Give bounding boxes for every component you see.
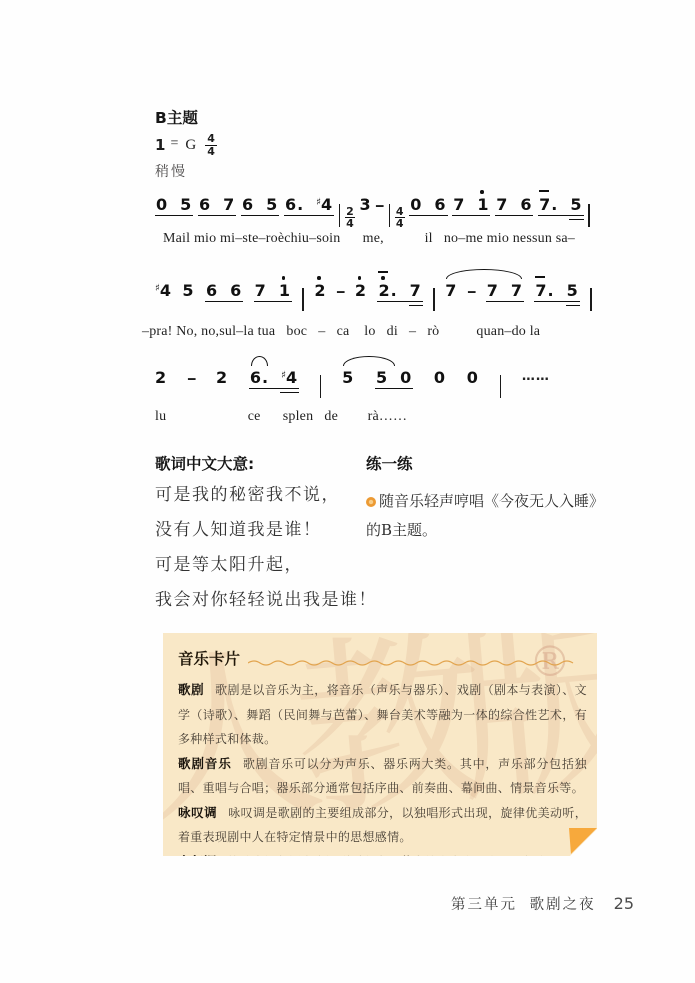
note: 6: [520, 197, 532, 213]
beam-group: 7.5: [538, 197, 583, 216]
practice-item: 随音乐轻声哼唱《今夜无人入睡》的B主题。: [366, 487, 614, 545]
note: 3: [360, 197, 372, 213]
beam-group: 66: [205, 283, 243, 302]
sharp-icon: ♯: [316, 197, 321, 208]
practice-title: 练一练: [366, 452, 614, 474]
beam-group: 76: [495, 197, 533, 216]
note: ♯4: [155, 283, 172, 299]
beam-group: 6.♯4: [249, 370, 299, 389]
wavy-divider: [248, 659, 585, 667]
beam-group: 65: [241, 197, 279, 216]
note: 7: [496, 197, 508, 213]
music-card-title: 音乐卡片: [178, 647, 240, 669]
note: 7: [223, 197, 235, 213]
note: 0: [434, 370, 446, 386]
chinese-lyric-line: 没有人知道我是谁！: [155, 521, 380, 540]
tie-line-icon: [539, 190, 549, 192]
orange-bullet-icon: [366, 497, 376, 507]
lyrics-line-1: Mail mio mi–ste–roèchiu–soin me, il no–m…: [163, 231, 575, 247]
octave-dot-icon: [480, 190, 484, 194]
note: 6: [206, 283, 218, 299]
folded-corner: [569, 828, 597, 854]
note: 6: [199, 197, 211, 213]
note: 7: [255, 283, 267, 299]
beam-group: 71: [254, 283, 292, 302]
chapter-label: 第三单元 歌剧之夜: [451, 893, 596, 914]
card-entry: 歌剧歌剧是以音乐为主，将音乐（声乐与器乐）、戏剧（剧本与表演）、文学（诗歌）、舞…: [178, 678, 587, 752]
chinese-lyric-line: 可是等太阳升起，: [155, 556, 380, 575]
tie-line-icon: [378, 271, 388, 273]
card-entry: 宣叙调旋律音调与语言音调联系紧密，节奏较为自由，多用于叙事。: [178, 850, 587, 875]
chinese-lyric-line: 我会对你轻轻说出我是谁！: [155, 591, 380, 610]
key-tonic: 1: [155, 136, 165, 154]
beam-group: 67: [198, 197, 236, 216]
beam-group: 50: [375, 370, 413, 389]
note: 0: [400, 370, 412, 386]
note: 5: [342, 370, 354, 386]
card-entry-term: 歌剧: [178, 682, 204, 697]
barline: [588, 204, 590, 227]
card-entry-text: 歌剧音乐可以分为声乐、器乐两大类。其中，声乐部分包括独唱、重唱与合唱；器乐部分通…: [178, 757, 587, 796]
note: 2: [314, 283, 326, 299]
tempo-marking: 稍慢: [155, 161, 187, 181]
beam-group: 71: [452, 197, 490, 216]
note: ♯4: [316, 197, 333, 213]
octave-dot-icon: [358, 276, 362, 280]
note: 5: [180, 197, 192, 213]
note: 7: [445, 283, 457, 299]
barline: [590, 288, 592, 311]
sharp-icon: ♯: [281, 370, 286, 381]
barline: [302, 288, 304, 311]
chinese-lyrics-title: 歌词中文大意:: [155, 452, 380, 474]
jianpu-line-1: 0567656.♯4243–440671767.5: [155, 196, 590, 223]
section-title: B主题: [155, 106, 198, 128]
dash-note: –: [375, 196, 385, 214]
card-entry-term: 宣叙调: [178, 854, 217, 869]
sharp-icon: ♯: [155, 283, 160, 294]
note: 0: [467, 370, 479, 386]
note: 2: [216, 370, 228, 386]
chinese-lyrics-block: 歌词中文大意: 可是我的秘密我不说，没有人知道我是谁！可是等太阳升起，我会对你轻…: [155, 452, 380, 626]
note: 7: [511, 283, 523, 299]
chinese-lyrics-lines: 可是我的秘密我不说，没有人知道我是谁！可是等太阳升起，我会对你轻轻说出我是谁！: [155, 486, 380, 610]
beam-group: 06: [409, 197, 447, 216]
barline: [433, 288, 435, 311]
note: 0: [410, 197, 422, 213]
card-entry-term: 歌剧音乐: [178, 756, 232, 771]
textbook-page: B主题 1 = G 4 4 稍慢 0567656.♯4243–440671767…: [0, 0, 695, 983]
barline: [389, 204, 391, 227]
note: 6: [242, 197, 254, 213]
barline: [320, 375, 322, 398]
note: 1: [279, 283, 291, 299]
key-note: G: [185, 137, 196, 154]
card-entry-text: 歌剧是以音乐为主，将音乐（声乐与器乐）、戏剧（剧本与表演）、文学（诗歌）、舞蹈（…: [178, 683, 587, 746]
continuation-dots: ……: [522, 369, 550, 384]
barline: [500, 375, 502, 398]
octave-dot-icon: [317, 276, 321, 280]
card-entry: 咏叹调咏叹调是歌剧的主要组成部分，以独唱形式出现，旋律优美动听，着重表现剧中人在…: [178, 801, 587, 850]
note: 5: [266, 197, 278, 213]
note: 2: [355, 283, 367, 299]
music-card-entries: 歌剧歌剧是以音乐为主，将音乐（声乐与器乐）、戏剧（剧本与表演）、文学（诗歌）、舞…: [178, 678, 587, 874]
beam-group: 6.♯4: [284, 197, 334, 216]
beam-group: 2.7: [377, 283, 422, 302]
note: 5: [567, 283, 579, 299]
chinese-lyric-line: 可是我的秘密我不说，: [155, 486, 380, 505]
note: 7: [487, 283, 499, 299]
equals-sign: =: [170, 136, 178, 152]
card-entry: 歌剧音乐歌剧音乐可以分为声乐、器乐两大类。其中，声乐部分包括独唱、重唱与合唱；器…: [178, 752, 587, 801]
time-signature: 24: [345, 207, 355, 228]
note: ♯4: [281, 370, 298, 386]
note: 6: [434, 197, 446, 213]
beam-group: 77: [486, 283, 524, 302]
note: 5: [570, 197, 582, 213]
octave-dot-icon: [282, 276, 286, 280]
music-card: 人教版 ® 音乐卡片 歌剧歌剧是以音乐为主，将音乐（声乐与器乐）、戏剧（剧本与表…: [163, 633, 597, 856]
slur-arc-icon: [446, 269, 522, 279]
slur-arc-icon: [343, 356, 395, 366]
note: 6: [230, 283, 242, 299]
time-signature: 44: [395, 207, 405, 228]
note: 5: [376, 370, 388, 386]
lyrics-line-3: lu ce splen de rà……: [155, 409, 407, 425]
lyrics-line-2: –pra! No, no,sul–la tua boc – ca lo di –…: [142, 324, 540, 340]
note: 2: [155, 370, 167, 386]
card-entry-term: 咏叹调: [178, 805, 217, 820]
dash-note: –: [336, 282, 346, 300]
note: 7.: [539, 197, 558, 213]
card-entry-text: 咏叹调是歌剧的主要组成部分，以独唱形式出现，旋律优美动听，着重表现剧中人在特定情…: [178, 806, 587, 845]
practice-item-text: 随音乐轻声哼唱《今夜无人入睡》的B主题。: [366, 492, 604, 539]
key-signature: 1 = G 4 4: [155, 132, 217, 158]
music-card-content: 音乐卡片 歌剧歌剧是以音乐为主，将音乐（声乐与器乐）、戏剧（剧本与表演）、文学（…: [163, 633, 597, 874]
dash-note: –: [467, 282, 477, 300]
note: 5: [182, 283, 194, 299]
music-card-title-row: 音乐卡片: [178, 647, 587, 669]
page-number: 25: [614, 894, 634, 913]
card-entry-text: 旋律音调与语言音调联系紧密，节奏较为自由，多用于叙事。: [228, 855, 560, 869]
note: 7.: [535, 283, 554, 299]
beam-group: 7.5: [534, 283, 579, 302]
practice-block: 练一练 随音乐轻声哼唱《今夜无人入睡》的B主题。: [366, 452, 614, 545]
barline: [339, 204, 341, 227]
beam-group: 05: [155, 197, 193, 216]
note: 7: [410, 283, 422, 299]
octave-dot-icon: [381, 276, 385, 280]
meter-fraction: 4 4: [205, 134, 217, 157]
note: 7: [453, 197, 465, 213]
tie-line-icon: [535, 276, 545, 278]
jianpu-line-2: ♯4566712–22.77–777.5: [155, 282, 592, 305]
note: 6.: [250, 370, 269, 386]
jianpu-line-3: 2–26.♯455000……: [155, 369, 550, 392]
note: 2.: [378, 283, 397, 299]
note: 6.: [285, 197, 304, 213]
note: 1: [477, 197, 489, 213]
slur-arc-icon: [251, 356, 268, 366]
note: 0: [156, 197, 168, 213]
page-footer: 第三单元 歌剧之夜 25: [451, 893, 634, 914]
dash-note: –: [187, 369, 197, 387]
